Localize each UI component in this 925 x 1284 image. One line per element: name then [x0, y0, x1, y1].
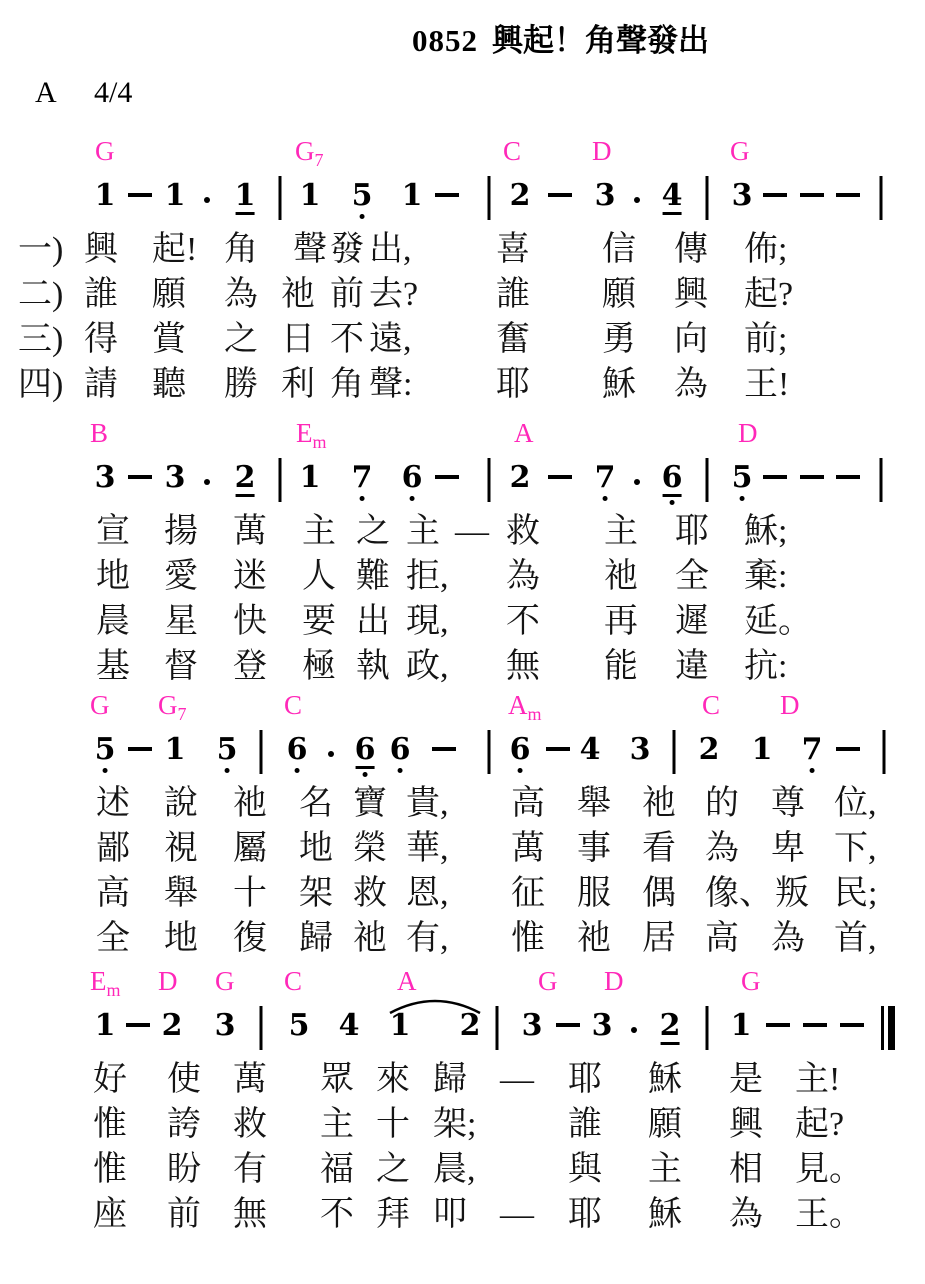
lyric-syllable: 祂: [281, 275, 315, 315]
lyric-syllable: 勝: [224, 365, 258, 405]
lyric-syllable: 傳: [674, 230, 708, 270]
note: 3: [630, 734, 651, 765]
lyric-syllable: 願: [648, 1105, 682, 1145]
bar-glyph: [706, 176, 709, 220]
lyric-syllable: 抗:: [744, 647, 787, 687]
lyrics-row-1: 一)興起!角聲發出,喜信傳佈;: [0, 230, 925, 276]
dash-glyph: [836, 475, 860, 479]
duration-dash: [128, 734, 152, 751]
lyric-syllable: 高: [96, 874, 130, 914]
lyric-syllable: 歸: [299, 919, 333, 959]
lyric-syllable: 首,: [834, 919, 877, 959]
lyric-syllable: 架;: [433, 1105, 476, 1145]
duration-dash: [803, 1010, 827, 1027]
lyric-syllable: 穌;: [744, 512, 787, 552]
dash-glyph: [548, 193, 572, 197]
lyric-syllable: 再: [604, 602, 638, 642]
lyric-syllable: 萬: [233, 1060, 267, 1100]
eighth-underline: [663, 494, 682, 497]
lyric-syllable: 惟: [93, 1105, 127, 1145]
lyric-syllable: 揚: [164, 512, 198, 552]
eighth-underline: [661, 1042, 680, 1045]
lyric-syllable: 喜: [496, 230, 530, 270]
lyric-syllable: 晨,: [433, 1150, 476, 1190]
lyric-syllable: 為: [729, 1195, 763, 1235]
note-digit: 1: [165, 180, 186, 211]
lyric-syllable: 聽: [152, 365, 186, 405]
lyric-syllable: 聲: [293, 230, 327, 270]
lyric-syllable: 座: [93, 1195, 127, 1235]
note-digit: 7: [802, 734, 823, 765]
lyric-syllable: 出: [356, 602, 390, 642]
bar-glyph: [673, 730, 676, 774]
augmentation-dot: [204, 462, 210, 485]
chord-symbol: G: [741, 966, 761, 996]
chord-symbol: B: [90, 418, 108, 448]
bar-line: [673, 734, 676, 774]
duration-dash: [836, 734, 860, 751]
bar-glyph: [706, 458, 709, 502]
lyric-syllable: —: [500, 1195, 534, 1235]
chord-symbol: Am: [508, 690, 542, 729]
dash-glyph: [435, 475, 459, 479]
augmentation-dot: [204, 180, 210, 203]
chord-row: EmDGCAGDG: [0, 966, 925, 1012]
lyric-syllable: 違: [675, 647, 709, 687]
bar-glyph: [279, 176, 282, 220]
duration-dash: [128, 180, 152, 197]
lyric-syllable: 不: [320, 1195, 354, 1235]
lyric-syllable: 叩: [433, 1195, 467, 1235]
note: 1: [235, 180, 256, 215]
bar-line: [488, 180, 491, 220]
lyric-syllable: 遲: [675, 602, 709, 642]
bar-glyph: [496, 1006, 499, 1050]
lyric-syllable: 遠,: [369, 320, 412, 360]
chord-symbol: G: [95, 136, 115, 166]
duration-dash: [435, 462, 459, 479]
note-digit: 6: [662, 462, 683, 493]
lyrics-row-3: 高舉十架救恩,征服偶像、叛民;: [0, 874, 925, 920]
lyric-syllable: 請: [84, 365, 118, 405]
note-digit: 6: [355, 734, 376, 765]
lyric-syllable: 尊: [771, 784, 805, 824]
lyric-syllable: 興: [84, 230, 118, 270]
low-octave-dot: [398, 768, 403, 773]
lyric-syllable: 鄙: [96, 829, 130, 869]
lyric-syllable: 祂: [233, 784, 267, 824]
chord-symbol: Em: [90, 966, 121, 1005]
duration-dash: [548, 180, 572, 197]
dot-glyph: [634, 479, 640, 485]
low-octave-dot: [363, 772, 368, 777]
lyric-syllable: —: [500, 1060, 534, 1100]
chord-symbol: A: [397, 966, 417, 996]
dash-glyph: [128, 193, 152, 197]
note: 3: [522, 1010, 543, 1041]
duration-dash: [126, 1010, 150, 1027]
chord-symbol: C: [284, 966, 302, 996]
note: 7: [595, 462, 616, 501]
lyric-syllable: 征: [511, 874, 545, 914]
lyric-syllable: 發: [330, 230, 364, 270]
duration-dash: [800, 180, 824, 197]
lyrics-row-1: 宣揚萬主之主—救主耶穌;: [0, 512, 925, 558]
lyric-syllable: 穌: [648, 1195, 682, 1235]
lyric-syllable: 寶: [353, 784, 387, 824]
dash-glyph: [546, 747, 570, 751]
note: 2: [510, 462, 531, 493]
lyric-syllable: 誰: [568, 1105, 602, 1145]
lyrics-row-1: 好使萬眾來歸—耶穌是主!: [0, 1060, 925, 1106]
note-digit: 1: [390, 1010, 411, 1041]
duration-dash: [763, 462, 787, 479]
lyric-syllable: 說: [164, 784, 198, 824]
note-digit: 1: [95, 1010, 116, 1041]
chord-row: BEmAD: [0, 418, 925, 464]
lyric-syllable: 榮: [353, 829, 387, 869]
lyric-syllable: 居: [642, 919, 676, 959]
note-digit: 3: [592, 1010, 613, 1041]
note-digit: 7: [595, 462, 616, 493]
low-octave-dot: [410, 496, 415, 501]
lyric-syllable: 祂: [577, 919, 611, 959]
chord-symbol: C: [702, 690, 720, 720]
note: 1: [95, 1010, 116, 1041]
augmentation-dot: [631, 1010, 637, 1033]
lyric-syllable: 偶: [642, 874, 676, 914]
low-octave-dot: [810, 768, 815, 773]
note: 2: [162, 1010, 183, 1041]
lyric-syllable: —: [455, 512, 489, 552]
lyric-syllable: 四): [18, 365, 63, 405]
note: 3: [592, 1010, 613, 1041]
note: 6: [390, 734, 411, 773]
lyric-syllable: 民;: [834, 874, 877, 914]
lyrics-row-2: 鄙視屬地榮華,萬事看為卑下,: [0, 829, 925, 875]
lyric-syllable: 執: [356, 647, 390, 687]
lyric-syllable: 二): [18, 275, 63, 315]
dot-glyph: [204, 197, 210, 203]
augmentation-dot: [634, 180, 640, 203]
duration-dash: [435, 180, 459, 197]
lyric-syllable: 主: [320, 1105, 354, 1145]
lyric-syllable: 主: [406, 512, 440, 552]
chord-symbol: G: [90, 690, 110, 720]
dash-glyph: [763, 193, 787, 197]
notation-row: 12354123321: [0, 1010, 925, 1056]
lyric-syllable: 之: [224, 320, 258, 360]
lyric-syllable: 復: [233, 919, 267, 959]
low-octave-dot: [295, 768, 300, 773]
lyric-syllable: 要: [302, 602, 336, 642]
lyric-syllable: 下,: [834, 829, 877, 869]
lyric-syllable: 愛: [164, 557, 198, 597]
note-digit: 3: [595, 180, 616, 211]
note: 2: [235, 462, 256, 497]
lyric-syllable: 難: [356, 557, 390, 597]
eighth-underline: [236, 212, 255, 215]
bar-glyph: [488, 730, 491, 774]
lyric-syllable: 迷: [233, 557, 267, 597]
lyric-syllable: 十: [376, 1105, 410, 1145]
lyric-syllable: 的: [705, 784, 739, 824]
note-digit: 1: [235, 180, 256, 211]
duration-dash: [546, 734, 570, 751]
lyric-syllable: 前: [167, 1195, 201, 1235]
bar-line: [883, 734, 886, 774]
lyrics-row-2: 惟誇救主十架;誰願興起?: [0, 1105, 925, 1151]
note: 6: [355, 734, 376, 777]
note-digit: 3: [95, 462, 116, 493]
lyric-syllable: 主: [604, 512, 638, 552]
lyric-syllable: 看: [642, 829, 676, 869]
lyric-syllable: 與: [568, 1150, 602, 1190]
note: 3: [595, 180, 616, 211]
note-digit: 2: [235, 462, 256, 493]
lyric-syllable: 延。: [744, 602, 812, 642]
lyric-syllable: 不: [330, 320, 364, 360]
lyric-syllable: 有,: [406, 919, 449, 959]
note: 2: [660, 1010, 681, 1045]
notation-row: 515666643217: [0, 734, 925, 780]
bar-line: [880, 180, 883, 220]
lyric-syllable: 救: [233, 1105, 267, 1145]
lyric-syllable: 惟: [511, 919, 545, 959]
note: 4: [339, 1010, 360, 1041]
dash-glyph: [432, 747, 456, 751]
lyric-syllable: 無: [233, 1195, 267, 1235]
lyric-syllable: 之: [376, 1150, 410, 1190]
bar-glyph: [883, 730, 886, 774]
note-digit: 3: [630, 734, 651, 765]
lyric-syllable: 無: [506, 647, 540, 687]
note-digit: 4: [339, 1010, 360, 1041]
lyric-syllable: 恩,: [406, 874, 449, 914]
bar-line: [279, 462, 282, 502]
note-digit: 5: [352, 180, 373, 211]
duration-dash: [556, 1010, 580, 1027]
note-digit: 3: [522, 1010, 543, 1041]
lyric-syllable: 之: [356, 512, 390, 552]
bar-glyph: [880, 176, 883, 220]
chord-symbol: G7: [158, 690, 187, 729]
lyrics-row-2: 二)誰願為祂前去?誰願興起?: [0, 275, 925, 321]
note-digit: 3: [215, 1010, 236, 1041]
lyric-syllable: 耶: [568, 1060, 602, 1100]
lyric-syllable: 服: [577, 874, 611, 914]
note: 6: [287, 734, 308, 773]
chord-row: GG7CAmCD: [0, 690, 925, 736]
lyric-syllable: 主: [648, 1150, 682, 1190]
dash-glyph: [128, 475, 152, 479]
lyric-syllable: 興: [729, 1105, 763, 1145]
lyric-syllable: 奮: [496, 320, 530, 360]
lyric-syllable: 棄:: [744, 557, 787, 597]
lyric-syllable: 一): [18, 230, 63, 270]
lyrics-row-4: 基督登極執政,無能違抗:: [0, 647, 925, 693]
note-digit: 2: [510, 180, 531, 211]
bar-glyph: [706, 1006, 709, 1050]
lyric-syllable: 為: [771, 919, 805, 959]
lyric-syllable: 述: [96, 784, 130, 824]
note: 2: [699, 734, 720, 765]
dot-glyph: [634, 197, 640, 203]
lyric-syllable: 貴,: [406, 784, 449, 824]
dash-glyph: [548, 475, 572, 479]
chord-symbol: G: [730, 136, 750, 166]
bar-glyph: [488, 458, 491, 502]
lyric-syllable: 晨: [96, 602, 130, 642]
song-title-text: 興起！角聲發出: [492, 23, 709, 58]
dash-glyph: [803, 1023, 827, 1027]
chord-symbol: D: [738, 418, 758, 448]
duration-dash: [763, 180, 787, 197]
note: 3: [215, 1010, 236, 1041]
note-digit: 1: [731, 1010, 752, 1041]
lyric-syllable: 宣: [96, 512, 130, 552]
lyric-syllable: 卑: [771, 829, 805, 869]
lyric-syllable: 祂: [642, 784, 676, 824]
lyric-syllable: 萬: [233, 512, 267, 552]
final-thin-line: [881, 1006, 884, 1050]
lyric-syllable: 相: [729, 1150, 763, 1190]
note: 1: [402, 180, 423, 211]
song-number: 0852: [412, 23, 478, 58]
note: 5: [352, 180, 373, 219]
lyric-syllable: 王!: [744, 365, 789, 405]
lyric-syllable: 耶: [675, 512, 709, 552]
note-digit: 1: [95, 180, 116, 211]
dash-glyph: [435, 193, 459, 197]
dash-glyph: [556, 1023, 580, 1027]
note-digit: 2: [162, 1010, 183, 1041]
note-digit: 2: [510, 462, 531, 493]
lyric-syllable: 全: [675, 557, 709, 597]
lyric-syllable: 歸: [433, 1060, 467, 1100]
note-digit: 1: [165, 734, 186, 765]
lyric-syllable: 使: [167, 1060, 201, 1100]
bar-glyph: [880, 458, 883, 502]
note-digit: 7: [352, 462, 373, 493]
lyric-syllable: 角: [224, 230, 258, 270]
lyric-syllable: 十: [233, 874, 267, 914]
note: 5: [217, 734, 238, 773]
note: 4: [580, 734, 601, 765]
lyric-syllable: 屬: [233, 829, 267, 869]
lyric-syllable: 架: [299, 874, 333, 914]
chord-symbol: D: [604, 966, 624, 996]
note-digit: 4: [580, 734, 601, 765]
lyric-syllable: 地: [299, 829, 333, 869]
lyric-syllable: 得: [84, 320, 118, 360]
note: 6: [662, 462, 683, 505]
bar-glyph: [488, 176, 491, 220]
lyric-syllable: 去?: [369, 275, 418, 315]
note: 5: [732, 462, 753, 501]
chord-symbol: C: [503, 136, 521, 166]
note-digit: 5: [217, 734, 238, 765]
lyric-syllable: 極: [302, 647, 336, 687]
chord-symbol: G7: [295, 136, 324, 175]
lyric-syllable: 舉: [577, 784, 611, 824]
time-signature: 4/4: [94, 76, 132, 109]
lyric-syllable: 人: [302, 557, 336, 597]
system-2: BEmAD3321762765宣揚萬主之主—救主耶穌;地愛迷人難拒,為祂全棄:晨…: [0, 418, 925, 700]
lyric-syllable: 見。: [795, 1150, 863, 1190]
lyric-syllable: 舉: [164, 874, 198, 914]
notation-row: 1111512343: [0, 180, 925, 226]
lyric-syllable: 像、: [705, 874, 773, 914]
lyric-syllable: 現,: [406, 602, 449, 642]
dash-glyph: [840, 1023, 864, 1027]
lyric-syllable: 願: [152, 275, 186, 315]
lyric-syllable: 為: [506, 557, 540, 597]
lyric-syllable: 福: [320, 1150, 354, 1190]
lyric-syllable: 王。: [795, 1195, 863, 1235]
lyric-syllable: 政,: [406, 647, 449, 687]
chord-symbol: D: [592, 136, 612, 166]
low-octave-dot: [518, 768, 523, 773]
note: 3: [95, 462, 116, 493]
note: 2: [510, 180, 531, 211]
dot-glyph: [204, 479, 210, 485]
lyric-syllable: 三): [18, 320, 63, 360]
note: 1: [300, 180, 321, 211]
lyric-syllable: 出,: [369, 230, 412, 270]
system-4: EmDGCAGDG12354123321好使萬眾來歸—耶穌是主!惟誇救主十架;誰…: [0, 966, 925, 1248]
lyrics-row-3: 晨星快要出現,不再遲延。: [0, 602, 925, 648]
note: 7: [802, 734, 823, 773]
lyric-syllable: 起?: [795, 1105, 844, 1145]
lyrics-row-4: 全地復歸祂有,惟祂居高為首,: [0, 919, 925, 965]
lyric-syllable: 前;: [744, 320, 787, 360]
duration-dash: [548, 462, 572, 479]
lyric-syllable: 快: [233, 602, 267, 642]
lyric-syllable: 高: [511, 784, 545, 824]
note: 4: [662, 180, 683, 215]
lyric-syllable: 不: [506, 602, 540, 642]
dash-glyph: [800, 475, 824, 479]
dot-glyph: [631, 1027, 637, 1033]
lyric-syllable: 為: [224, 275, 258, 315]
low-octave-dot: [603, 496, 608, 501]
note: 1: [165, 734, 186, 765]
low-octave-dot: [740, 496, 745, 501]
chord-symbol: G: [215, 966, 235, 996]
lyric-syllable: 興: [674, 275, 708, 315]
bar-line: [488, 734, 491, 774]
lyrics-row-1: 述說祂名寶貴,高舉祂的尊位,: [0, 784, 925, 830]
dash-glyph: [800, 193, 824, 197]
note: 1: [752, 734, 773, 765]
lyric-syllable: 救: [506, 512, 540, 552]
lyric-syllable: 角: [330, 365, 364, 405]
lyric-syllable: 為: [705, 829, 739, 869]
lyric-syllable: 華,: [406, 829, 449, 869]
note-digit: 2: [660, 1010, 681, 1041]
lyric-syllable: 督: [164, 647, 198, 687]
final-bar-glyph: [881, 1006, 895, 1050]
note: 5: [95, 734, 116, 773]
lyric-syllable: 耶: [496, 365, 530, 405]
duration-dash: [128, 462, 152, 479]
lyric-syllable: 地: [164, 919, 198, 959]
bar-line: [706, 180, 709, 220]
augmentation-dot: [328, 734, 334, 757]
bar-line: [279, 180, 282, 220]
note-digit: 3: [732, 180, 753, 211]
